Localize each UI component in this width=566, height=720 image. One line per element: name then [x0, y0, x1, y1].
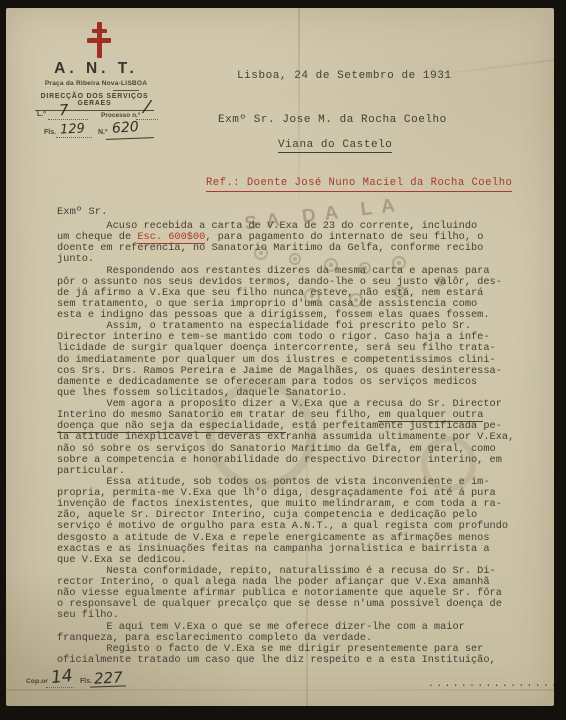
- lorraine-cross-icon: [87, 22, 111, 58]
- letter-line: la atitude inexplicavel e deveras extran…: [57, 432, 514, 443]
- letter-body: Acuso recebida a carta de V.Exa de 23 do…: [57, 221, 514, 666]
- field-fls-value: 129: [60, 121, 86, 137]
- field-processo-label: Processo n.º: [101, 112, 140, 119]
- field-processo-value: /: [143, 97, 151, 118]
- addressee-city: Viana do Castelo: [278, 139, 392, 153]
- org-address: Praça da Ribeira Nova-LISBOA: [24, 80, 168, 87]
- footer-fls-line: [90, 685, 126, 687]
- addressee-line: Exmº Sr. Jose M. da Rocha Coelho: [218, 114, 447, 126]
- field-fls-line: [56, 137, 92, 138]
- field-n-value: 620: [111, 119, 139, 137]
- org-name: A. N. T.: [36, 60, 156, 78]
- letter-paper: SA DA LA A. N. T. Praça da Ribeira Nova-…: [6, 8, 554, 706]
- letter-line: junto.: [57, 254, 514, 265]
- field-n-label: N.º: [98, 129, 108, 136]
- reference-line: Ref.: Doente José Nuno Maciel da Rocha C…: [206, 177, 512, 192]
- field-l-value: 7: [58, 101, 69, 120]
- salutation: Exmº Sr.: [57, 206, 107, 218]
- field-processo-line: [136, 119, 158, 120]
- field-l-label: L.º: [37, 111, 46, 118]
- date-line: Lisboa, 24 de Setembro de 1931: [237, 70, 452, 82]
- letter-line: o responsavel de qualquer precalço que s…: [57, 599, 514, 610]
- copy-number-value: 14: [50, 666, 74, 688]
- copy-number-line: [46, 687, 74, 688]
- signature-dotted-line: .....................: [428, 679, 554, 690]
- letter-line: Respondendo aos restantes dizeres da mes…: [57, 266, 514, 277]
- footer-fls-label: Fls.: [80, 678, 92, 685]
- field-l-line: [48, 119, 88, 120]
- letter-line: desgosto a atitude de V.Exa e repele ene…: [57, 533, 514, 544]
- department-label: DIRECÇÃO DOS SERVIÇOS GERAES: [35, 93, 154, 111]
- letter-line: E aqui tem V.Exa o que se me oferece diz…: [57, 622, 514, 633]
- field-n-line: [106, 137, 154, 140]
- copy-number-label: Cop.or: [26, 678, 48, 685]
- letter-line: oficialmente tratado um caso que lhe diz…: [57, 655, 514, 666]
- letter-line: do imediatamente por qualquer um dos ilu…: [57, 355, 514, 366]
- letter-line: sobre a competencia e honorabilidade do …: [57, 455, 514, 466]
- letter-line: serviço é motivo de orgulho para esta A.…: [57, 521, 514, 532]
- letter-line: doente em referencia, no Sanatorio Marit…: [57, 243, 514, 254]
- department-rule: [113, 90, 139, 91]
- letter-line: não só sobre os serviços do Sanatorio Ma…: [57, 444, 514, 455]
- fold-crease: [298, 8, 300, 198]
- letter-line: seu filho.: [57, 610, 514, 621]
- scanned-letter: SA DA LA A. N. T. Praça da Ribeira Nova-…: [0, 0, 566, 720]
- letter-line: licidade de surgir qualquer doença inter…: [57, 343, 514, 354]
- field-fls-label: Fls.: [44, 129, 56, 136]
